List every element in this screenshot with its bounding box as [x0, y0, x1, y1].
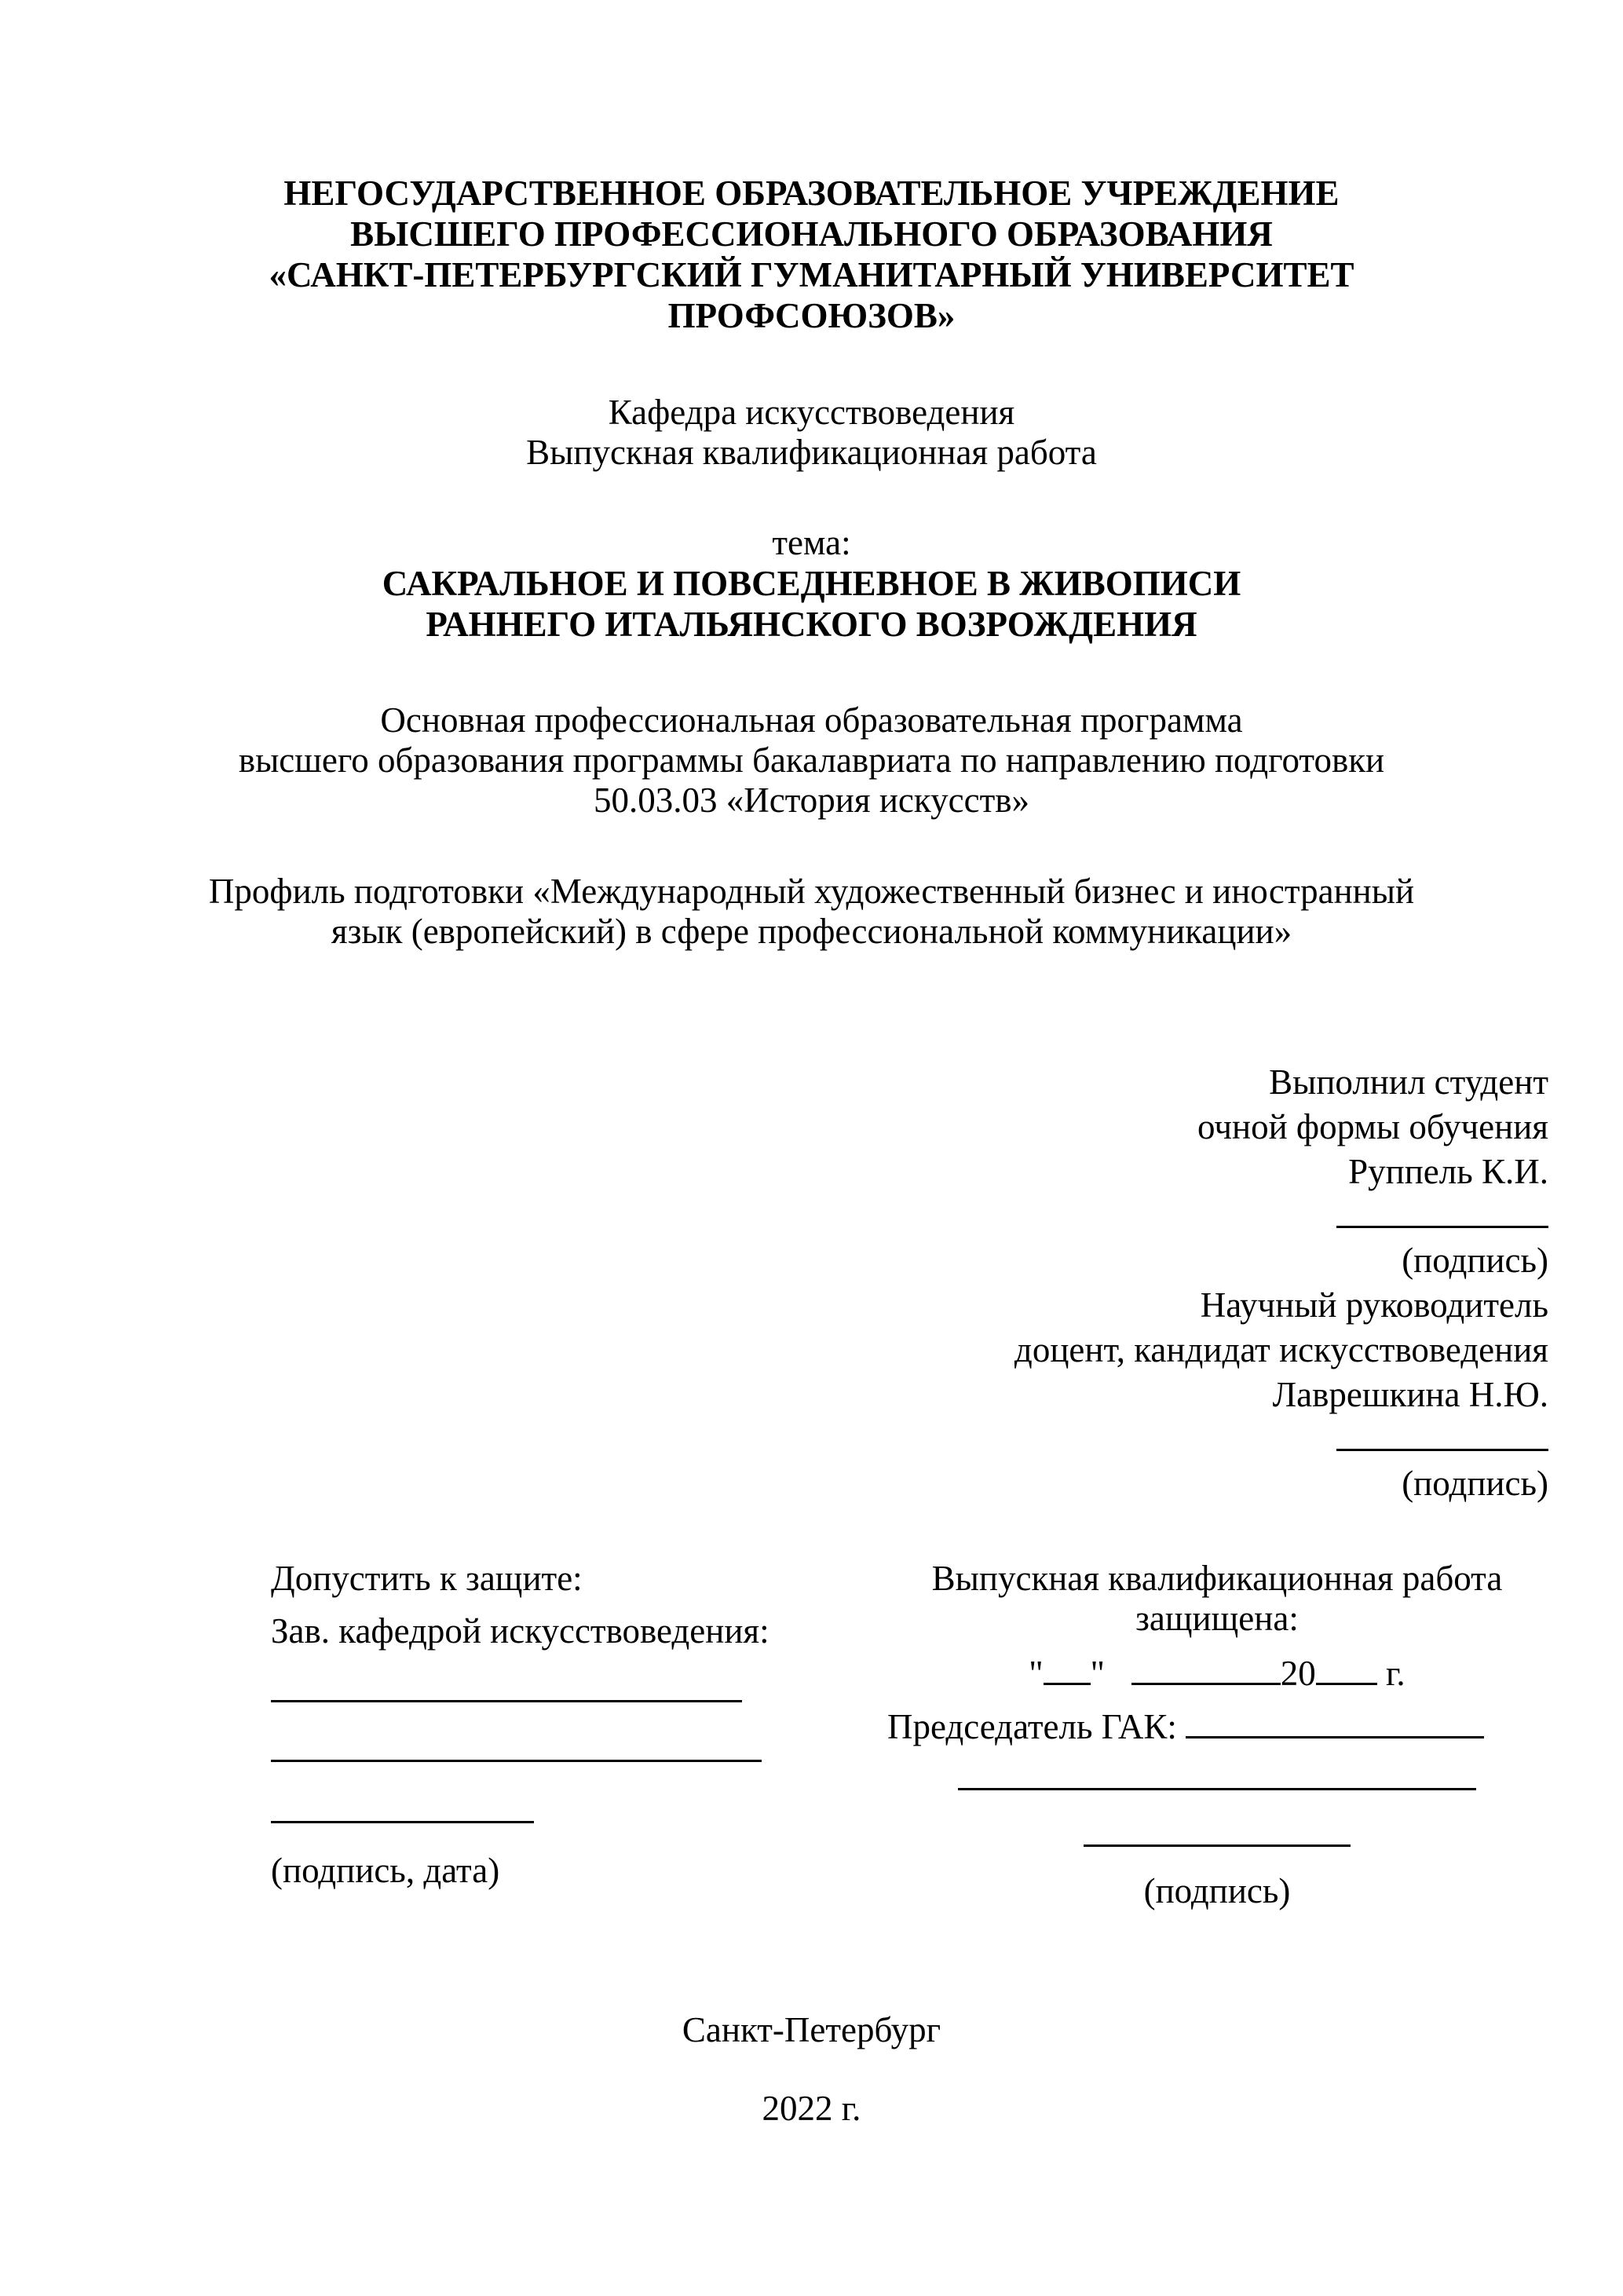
head-signature-line-3: [271, 1790, 534, 1823]
header-line: ПРОФСОЮЗОВ»: [0, 295, 1623, 336]
admission-block: Допустить к защите: Зав. кафедрой искусс…: [271, 1559, 821, 1891]
chair-row: Председатель ГАК:: [879, 1705, 1555, 1747]
city: Санкт-Петербург: [0, 2010, 1623, 2050]
student-role: Выполнил студент: [842, 1060, 1548, 1105]
theme-label: тема:: [0, 523, 1623, 563]
department-block: Кафедра искусствоведения Выпускная квали…: [0, 393, 1623, 473]
department-name: Кафедра искусствоведения: [0, 393, 1623, 433]
supervisor-title: доцент, кандидат искусствоведения: [842, 1328, 1548, 1373]
work-type: Выпускная квалификационная работа: [0, 433, 1623, 473]
student-signature-label: (подпись): [842, 1238, 1548, 1283]
head-signature-line-1: [271, 1669, 742, 1702]
defense-block: Выпускная квалификационная работа защище…: [879, 1559, 1555, 1911]
date-quote-open: ": [1029, 1654, 1043, 1693]
header-line: НЕГОСУДАРСТВЕННОЕ ОБРАЗОВАТЕЛЬНОЕ УЧРЕЖД…: [0, 173, 1623, 214]
header-line: ВЫСШЕГО ПРОФЕССИОНАЛЬНОГО ОБРАЗОВАНИЯ: [0, 214, 1623, 254]
supervisor-signature-line: [1336, 1417, 1548, 1451]
student-form: очной формы обучения: [842, 1105, 1548, 1150]
defense-date: "" 20 г.: [879, 1651, 1555, 1694]
theme-block: тема: САКРАЛЬНОЕ И ПОВСЕДНЕВНОЕ В ЖИВОПИ…: [0, 523, 1623, 645]
chair-label: Председатель ГАК:: [887, 1707, 1177, 1746]
chair-signature-line: [1186, 1705, 1484, 1738]
admission-label: Допустить к защите:: [271, 1559, 821, 1599]
institution-header: НЕГОСУДАРСТВЕННОЕ ОБРАЗОВАТЕЛЬНОЕ УЧРЕЖД…: [0, 173, 1623, 336]
program-block: Основная профессиональная образовательна…: [0, 700, 1623, 821]
supervisor-role: Научный руководитель: [842, 1283, 1548, 1328]
theme-title-line: РАННЕГО ИТАЛЬЯНСКОГО ВОЗРОЖДЕНИЯ: [0, 604, 1623, 645]
year-blank: [1316, 1651, 1377, 1685]
admission-signature-label: (подпись, дата): [271, 1851, 821, 1891]
chair-sign-line: [1084, 1813, 1351, 1847]
defense-line-1: Выпускная квалификационная работа: [879, 1559, 1555, 1599]
chair-name-line: [958, 1757, 1476, 1790]
authors-block: Выполнил студент очной формы обучения Ру…: [842, 1060, 1548, 1506]
theme-title-line: САКРАЛЬНОЕ И ПОВСЕДНЕВНОЕ В ЖИВОПИСИ: [0, 563, 1623, 604]
head-signature-line-2: [271, 1728, 762, 1762]
supervisor-name: Лаврешкина Н.Ю.: [842, 1373, 1548, 1417]
month-blank: [1131, 1651, 1281, 1685]
program-line: высшего образования программы бакалавриа…: [0, 740, 1623, 781]
profile-line: Профиль подготовки «Международный художе…: [0, 872, 1623, 912]
admission-head-label: Зав. кафедрой искусствоведения:: [271, 1611, 821, 1651]
date-suffix: г.: [1386, 1654, 1406, 1693]
year: 2022 г.: [0, 2089, 1623, 2129]
header-line: «САНКТ-ПЕТЕРБУРГСКИЙ ГУМАНИТАРНЫЙ УНИВЕР…: [0, 254, 1623, 295]
date-quote-close: ": [1091, 1654, 1105, 1693]
program-line: 50.03.03 «История искусств»: [0, 781, 1623, 821]
program-line: Основная профессиональная образовательна…: [0, 700, 1623, 740]
date-century: 20: [1281, 1654, 1316, 1693]
supervisor-signature-label: (подпись): [842, 1461, 1548, 1506]
day-blank: [1044, 1651, 1091, 1685]
profile-block: Профиль подготовки «Международный художе…: [0, 872, 1623, 952]
student-name: Руппель К.И.: [842, 1150, 1548, 1194]
defense-line-2: защищена:: [879, 1599, 1555, 1639]
profile-line: язык (европейский) в сфере профессиональ…: [0, 912, 1623, 952]
defense-signature-label: (подпись): [879, 1871, 1555, 1911]
student-signature-line: [1336, 1194, 1548, 1228]
